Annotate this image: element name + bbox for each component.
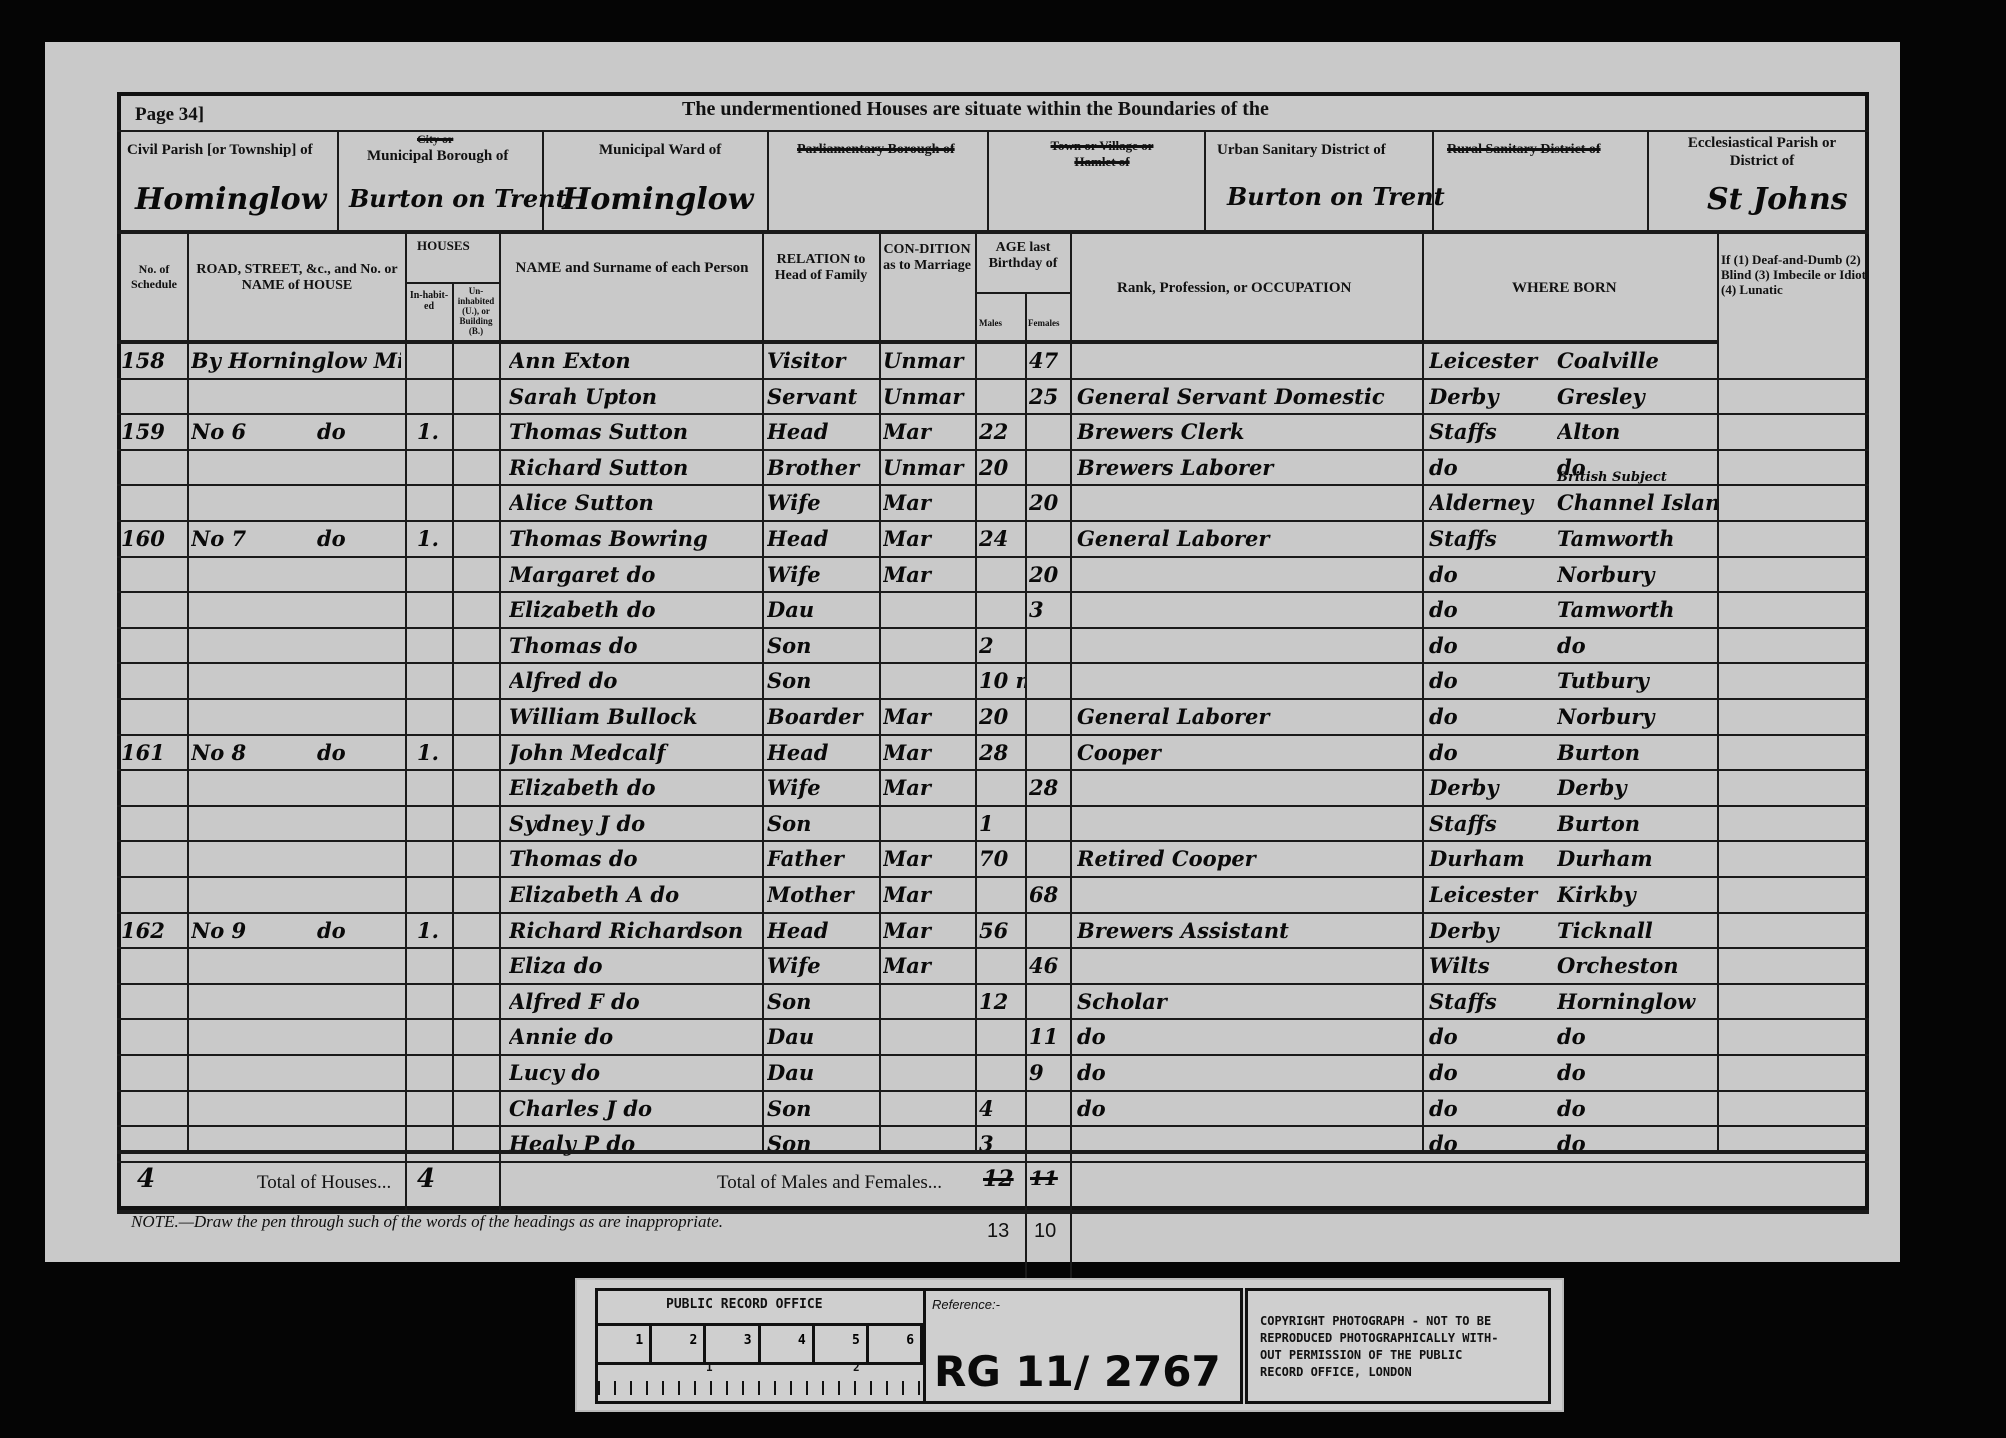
marital-condition: Unmar — [883, 342, 973, 380]
relation: Visitor — [767, 342, 877, 380]
schedule-number: 161 — [121, 734, 181, 772]
scale-cell: 2 — [652, 1326, 706, 1362]
born-place: Durham — [1557, 840, 1717, 878]
occupation: Brewers Clerk — [1077, 413, 1417, 451]
person-name: Healy P do — [509, 1125, 759, 1163]
age-male: 20 — [979, 698, 1025, 736]
marital-condition: Unmar — [883, 449, 973, 487]
born-place: do — [1557, 1018, 1717, 1056]
totals-houses-value: 4 — [417, 1164, 435, 1194]
born-place: do — [1557, 1054, 1717, 1092]
relation: Wife — [767, 769, 877, 807]
ruler-mark-2: 2 — [853, 1361, 860, 1374]
road-house — [191, 805, 401, 843]
district-label-town-struck: Town or Village or Hamlet of — [1032, 138, 1172, 170]
age-female: 11 — [1029, 1018, 1069, 1056]
marital-condition — [883, 1090, 973, 1128]
road-house — [191, 449, 401, 487]
inhabited-count — [417, 947, 447, 985]
age-male — [979, 591, 1025, 629]
person-name: Alice Sutton — [509, 484, 759, 522]
age-male — [979, 556, 1025, 594]
person-name: Annie do — [509, 1018, 759, 1056]
person-name: John Medcalf — [509, 734, 759, 772]
relation: Son — [767, 627, 877, 665]
scale-cell: 1 — [598, 1326, 652, 1362]
relation: Wife — [767, 556, 877, 594]
col-header-houses: HOUSES — [417, 238, 470, 254]
reference-value: RG 11/ 2767 — [934, 1347, 1221, 1396]
district-value-urban-sanitary: Burton on Trent — [1227, 182, 1445, 211]
born-county: Durham — [1429, 840, 1549, 878]
born-place: do — [1557, 1125, 1717, 1163]
person-name: Elizabeth do — [509, 591, 759, 629]
age-female — [1029, 983, 1069, 1021]
person-name: Ann Exton — [509, 342, 759, 380]
page-number: Page 34] — [135, 104, 204, 126]
person-name: Thomas Sutton — [509, 413, 759, 451]
road-house — [191, 1090, 401, 1128]
born-place: Ticknall — [1557, 912, 1717, 950]
schedule-number — [121, 947, 181, 985]
person-name: Thomas do — [509, 627, 759, 665]
person-name: Thomas do — [509, 840, 759, 878]
age-female: 46 — [1029, 947, 1069, 985]
person-name: Elizabeth A do — [509, 876, 759, 914]
col-header-occupation: Rank, Profession, or OCCUPATION — [1117, 280, 1351, 297]
person-name: William Bullock — [509, 698, 759, 736]
col-header-road: ROAD, STREET, &c., and No. or NAME of HO… — [191, 262, 403, 294]
relation: Head — [767, 520, 877, 558]
marital-condition — [883, 1018, 973, 1056]
occupation — [1077, 556, 1417, 594]
marital-condition — [883, 983, 973, 1021]
relation: Brother — [767, 449, 877, 487]
occupation — [1077, 947, 1417, 985]
marital-condition — [883, 627, 973, 665]
schedule-number — [121, 449, 181, 487]
age-female: 9 — [1029, 1054, 1069, 1092]
born-county: do — [1429, 556, 1549, 594]
person-name: Richard Sutton — [509, 449, 759, 487]
road-ditto: do — [317, 520, 346, 558]
copyright-line-1: COPYRIGHT PHOTOGRAPH - NOT TO BE — [1260, 1313, 1491, 1330]
relation: Father — [767, 840, 877, 878]
relation: Son — [767, 1090, 877, 1128]
person-name: Elizabeth do — [509, 769, 759, 807]
inhabited-count — [417, 378, 447, 416]
road-house: No 8 — [191, 734, 401, 772]
relation: Head — [767, 912, 877, 950]
born-county: Leicester — [1429, 876, 1549, 914]
born-county: Staffs — [1429, 805, 1549, 843]
born-place: Tamworth — [1557, 591, 1717, 629]
born-county: do — [1429, 698, 1549, 736]
copyright-line-4: RECORD OFFICE, LONDON — [1260, 1364, 1412, 1381]
born-place: Channel Islands — [1557, 484, 1717, 522]
col-header-inhabited: In-habit-ed — [407, 290, 451, 312]
scale-cell: 5 — [815, 1326, 869, 1362]
district-label-parliamentary-struck: Parliamentary Borough of — [797, 142, 955, 158]
inhabited-count — [417, 983, 447, 1021]
born-county: do — [1429, 1125, 1549, 1163]
person-name: Margaret do — [509, 556, 759, 594]
census-page: Page 34] The undermentioned Houses are s… — [45, 42, 1900, 1262]
born-county: Derby — [1429, 769, 1549, 807]
occupation: General Laborer — [1077, 520, 1417, 558]
col-header-uninhabited: Un-inhabited (U.), or Building (B.) — [454, 286, 498, 336]
district-value-borough: Burton on Trent — [349, 184, 567, 213]
district-label-ward: Municipal Ward of — [599, 142, 721, 159]
occupation: Brewers Laborer — [1077, 449, 1417, 487]
scale-cell: 6 — [869, 1326, 923, 1362]
totals-males-struck: 12 — [983, 1166, 1014, 1192]
age-male — [979, 769, 1025, 807]
marital-condition — [883, 1054, 973, 1092]
schedule-number: 162 — [121, 912, 181, 950]
relation: Head — [767, 734, 877, 772]
road-house — [191, 1054, 401, 1092]
inhabited-count — [417, 1054, 447, 1092]
occupation — [1077, 769, 1417, 807]
age-male: 70 — [979, 840, 1025, 878]
inhabited-count — [417, 662, 447, 700]
schedule-number — [121, 698, 181, 736]
district-value-ward: Hominglow — [562, 182, 754, 217]
road-house — [191, 378, 401, 416]
born-place: Coalville — [1557, 342, 1717, 380]
schedule-number: 158 — [121, 342, 181, 380]
ruler: 1 2 — [598, 1365, 923, 1395]
road-house — [191, 840, 401, 878]
road-house — [191, 1125, 401, 1163]
age-female — [1029, 912, 1069, 950]
age-male — [979, 947, 1025, 985]
age-male: 4 — [979, 1090, 1025, 1128]
born-place: Burton — [1557, 805, 1717, 843]
inhabited-count — [417, 876, 447, 914]
occupation: do — [1077, 1090, 1417, 1128]
born-county: Staffs — [1429, 413, 1549, 451]
road-house — [191, 983, 401, 1021]
age-female — [1029, 1090, 1069, 1128]
person-name: Sydney J do — [509, 805, 759, 843]
marital-condition: Mar — [883, 698, 973, 736]
age-female — [1029, 1125, 1069, 1163]
born-county: Wilts — [1429, 947, 1549, 985]
district-label-rural-sanitary-struck: Rural Sanitary District of — [1447, 142, 1601, 158]
born-county: Derby — [1429, 912, 1549, 950]
schedule-number — [121, 805, 181, 843]
inhabited-count — [417, 698, 447, 736]
occupation — [1077, 876, 1417, 914]
col-header-where-born: WHERE BORN — [1512, 280, 1617, 297]
district-label-borough: Municipal Borough of — [367, 148, 508, 165]
relation: Head — [767, 413, 877, 451]
born-county: Derby — [1429, 378, 1549, 416]
age-female: 47 — [1029, 342, 1069, 380]
totals-persons-label: Total of Males and Females... — [717, 1172, 942, 1194]
age-female — [1029, 627, 1069, 665]
born-place: Norbury — [1557, 698, 1717, 736]
marital-condition — [883, 591, 973, 629]
age-male: 24 — [979, 520, 1025, 558]
person-name: Thomas Bowring — [509, 520, 759, 558]
schedule-number: 160 — [121, 520, 181, 558]
totals-females-corrected: 10 — [1034, 1220, 1056, 1243]
age-female — [1029, 520, 1069, 558]
born-place: Tutbury — [1557, 662, 1717, 700]
relation: Dau — [767, 591, 877, 629]
inhabited-count — [417, 769, 447, 807]
schedule-number: 159 — [121, 413, 181, 451]
born-place: Tamworth — [1557, 520, 1717, 558]
col-header-condition: CON-DITION as to Marriage — [881, 242, 973, 274]
born-county: do — [1429, 627, 1549, 665]
relation: Son — [767, 1125, 877, 1163]
inhabited-count — [417, 1018, 447, 1056]
district-label-ecclesiastical: Ecclesiastical Parish or District of — [1662, 134, 1862, 170]
born-county: Staffs — [1429, 520, 1549, 558]
district-label-civil-parish: Civil Parish [or Township] of — [127, 142, 313, 159]
district-label-urban-sanitary: Urban Sanitary District of — [1217, 142, 1386, 159]
public-record-office-strip: PUBLIC RECORD OFFICE 123456 1 2 Referenc… — [575, 1278, 1564, 1412]
road-house: No 9 — [191, 912, 401, 950]
born-county: do — [1429, 734, 1549, 772]
col-header-relation: RELATION to Head of Family — [765, 252, 877, 284]
inhabited-count — [417, 1125, 447, 1163]
marital-condition: Unmar — [883, 378, 973, 416]
reference-box: Reference:- RG 11/ 2767 — [922, 1288, 1243, 1404]
age-female: 28 — [1029, 769, 1069, 807]
relation: Dau — [767, 1018, 877, 1056]
inhabited-count — [417, 627, 447, 665]
scale-cell: 4 — [761, 1326, 815, 1362]
road-house — [191, 769, 401, 807]
marital-condition — [883, 805, 973, 843]
schedule-number — [121, 484, 181, 522]
born-county: Staffs — [1429, 983, 1549, 1021]
road-house: No 6 — [191, 413, 401, 451]
born-county: do — [1429, 1090, 1549, 1128]
schedule-number — [121, 627, 181, 665]
marital-condition: Mar — [883, 876, 973, 914]
relation: Son — [767, 805, 877, 843]
inhabited-count — [417, 805, 447, 843]
born-county: do — [1429, 662, 1549, 700]
inhabited-count: 1. — [417, 520, 447, 558]
inhabited-count — [417, 484, 447, 522]
occupation: General Laborer — [1077, 698, 1417, 736]
age-male: 12 — [979, 983, 1025, 1021]
schedule-number — [121, 769, 181, 807]
born-place: Gresley — [1557, 378, 1717, 416]
born-place: do — [1557, 1090, 1717, 1128]
copyright-line-3: OUT PERMISSION OF THE PUBLIC — [1260, 1347, 1462, 1364]
occupation: General Servant Domestic — [1077, 378, 1417, 416]
road-house — [191, 947, 401, 985]
scale-numbers: 123456 — [598, 1323, 923, 1365]
occupation — [1077, 627, 1417, 665]
occupation — [1077, 484, 1417, 522]
born-place: Kirkby — [1557, 876, 1717, 914]
occupation — [1077, 662, 1417, 700]
col-header-schedule: No. of Schedule — [123, 262, 185, 292]
age-male: 20 — [979, 449, 1025, 487]
inhabited-count: 1. — [417, 734, 447, 772]
marital-condition: Mar — [883, 840, 973, 878]
marital-condition: Mar — [883, 734, 973, 772]
district-value-civil-parish: Hominglow — [135, 182, 327, 217]
road-ditto: do — [317, 413, 346, 451]
form-banner: The undermentioned Houses are situate wi… — [682, 98, 1269, 121]
occupation — [1077, 805, 1417, 843]
road-house — [191, 876, 401, 914]
born-place: do — [1557, 627, 1717, 665]
marital-condition: Mar — [883, 769, 973, 807]
age-male — [979, 1018, 1025, 1056]
col-header-males: Males — [979, 318, 1002, 328]
age-female: 20 — [1029, 556, 1069, 594]
marital-condition: Mar — [883, 556, 973, 594]
inhabited-count — [417, 556, 447, 594]
person-name: Eliza do — [509, 947, 759, 985]
schedule-number — [121, 591, 181, 629]
born-place: Burton — [1557, 734, 1717, 772]
person-name: Lucy do — [509, 1054, 759, 1092]
age-male — [979, 342, 1025, 380]
born-place: Alton — [1557, 413, 1717, 451]
marital-condition — [883, 662, 973, 700]
divider — [117, 130, 1869, 132]
copyright-box: COPYRIGHT PHOTOGRAPH - NOT TO BE REPRODU… — [1245, 1288, 1551, 1404]
col-header-name: NAME and Surname of each Person — [507, 260, 757, 277]
occupation — [1077, 1125, 1417, 1163]
age-female — [1029, 662, 1069, 700]
schedule-number — [121, 1054, 181, 1092]
age-male: 1 — [979, 805, 1025, 843]
road-house — [191, 556, 401, 594]
age-male: 22 — [979, 413, 1025, 451]
inhabited-count — [417, 591, 447, 629]
born-place: Orcheston — [1557, 947, 1717, 985]
relation: Wife — [767, 484, 877, 522]
inhabited-count — [417, 840, 447, 878]
totals-houses-label: Total of Houses... — [257, 1172, 391, 1194]
road-house — [191, 627, 401, 665]
schedule-number — [121, 983, 181, 1021]
occupation — [1077, 342, 1417, 380]
born-place: Norbury — [1557, 556, 1717, 594]
occupation — [1077, 591, 1417, 629]
office-label: PUBLIC RECORD OFFICE — [666, 1297, 823, 1312]
schedule-number — [121, 1090, 181, 1128]
col-header-females: Females — [1028, 318, 1060, 328]
relation: Boarder — [767, 698, 877, 736]
age-male: 56 — [979, 912, 1025, 950]
relation: Son — [767, 662, 877, 700]
census-form: Page 34] The undermentioned Houses are s… — [117, 92, 1869, 1210]
occupation: do — [1077, 1054, 1417, 1092]
born-county: do — [1429, 449, 1549, 487]
schedule-number — [121, 1018, 181, 1056]
age-male — [979, 1054, 1025, 1092]
inhabited-count — [417, 449, 447, 487]
occupation: Scholar — [1077, 983, 1417, 1021]
age-male — [979, 484, 1025, 522]
age-female: 20 — [1029, 484, 1069, 522]
reference-label: Reference:- — [932, 1297, 1000, 1312]
person-name: Charles J do — [509, 1090, 759, 1128]
road-house: No 7 — [191, 520, 401, 558]
occupation: do — [1077, 1018, 1417, 1056]
born-county: do — [1429, 1018, 1549, 1056]
col-header-age: AGE last Birthday of — [977, 240, 1069, 272]
inhabited-count — [417, 342, 447, 380]
relation: Wife — [767, 947, 877, 985]
marital-condition: Mar — [883, 413, 973, 451]
road-ditto: do — [317, 734, 346, 772]
person-name: Sarah Upton — [509, 378, 759, 416]
occupation: Brewers Assistant — [1077, 912, 1417, 950]
age-female: 25 — [1029, 378, 1069, 416]
scale-box: PUBLIC RECORD OFFICE 123456 1 2 — [595, 1288, 926, 1404]
schedule-number — [121, 1125, 181, 1163]
age-female — [1029, 698, 1069, 736]
road-house — [191, 662, 401, 700]
occupation: Retired Cooper — [1077, 840, 1417, 878]
marital-condition: Mar — [883, 484, 973, 522]
copyright-line-2: REPRODUCED PHOTOGRAPHICALLY WITH- — [1260, 1330, 1498, 1347]
road-house — [191, 698, 401, 736]
schedule-number — [121, 876, 181, 914]
age-male — [979, 876, 1025, 914]
col-header-infirmity: If (1) Deaf-and-Dumb (2) Blind (3) Imbec… — [1721, 252, 1866, 297]
district-label-city-struck: City or — [417, 132, 453, 147]
marital-condition: Mar — [883, 520, 973, 558]
schedule-number — [121, 556, 181, 594]
age-male: 10 mo — [979, 662, 1025, 700]
born-place: Derby — [1557, 769, 1717, 807]
inhabited-count — [417, 1090, 447, 1128]
age-female — [1029, 840, 1069, 878]
born-county: Alderney — [1429, 484, 1549, 522]
totals-houses-margin: 4 — [137, 1164, 155, 1194]
totals-males-corrected: 13 — [987, 1220, 1009, 1243]
ruler-ticks — [598, 1381, 923, 1395]
marital-condition: Mar — [883, 947, 973, 985]
age-female — [1029, 449, 1069, 487]
road-house — [191, 1018, 401, 1056]
marital-condition: Mar — [883, 912, 973, 950]
person-name: Alfred do — [509, 662, 759, 700]
age-female: 3 — [1029, 591, 1069, 629]
totals-females-struck: 11 — [1030, 1166, 1058, 1190]
age-male: 2 — [979, 627, 1025, 665]
road-house — [191, 591, 401, 629]
age-female — [1029, 734, 1069, 772]
road-house: By Horninglow Mill — [191, 342, 401, 380]
ruler-mark-1: 1 — [706, 1361, 713, 1374]
schedule-number — [121, 840, 181, 878]
born-place: Horninglow — [1557, 983, 1717, 1021]
scale-cell: 3 — [706, 1326, 760, 1362]
relation: Son — [767, 983, 877, 1021]
relation: Mother — [767, 876, 877, 914]
age-female — [1029, 413, 1069, 451]
age-female — [1029, 805, 1069, 843]
inhabited-count: 1. — [417, 413, 447, 451]
